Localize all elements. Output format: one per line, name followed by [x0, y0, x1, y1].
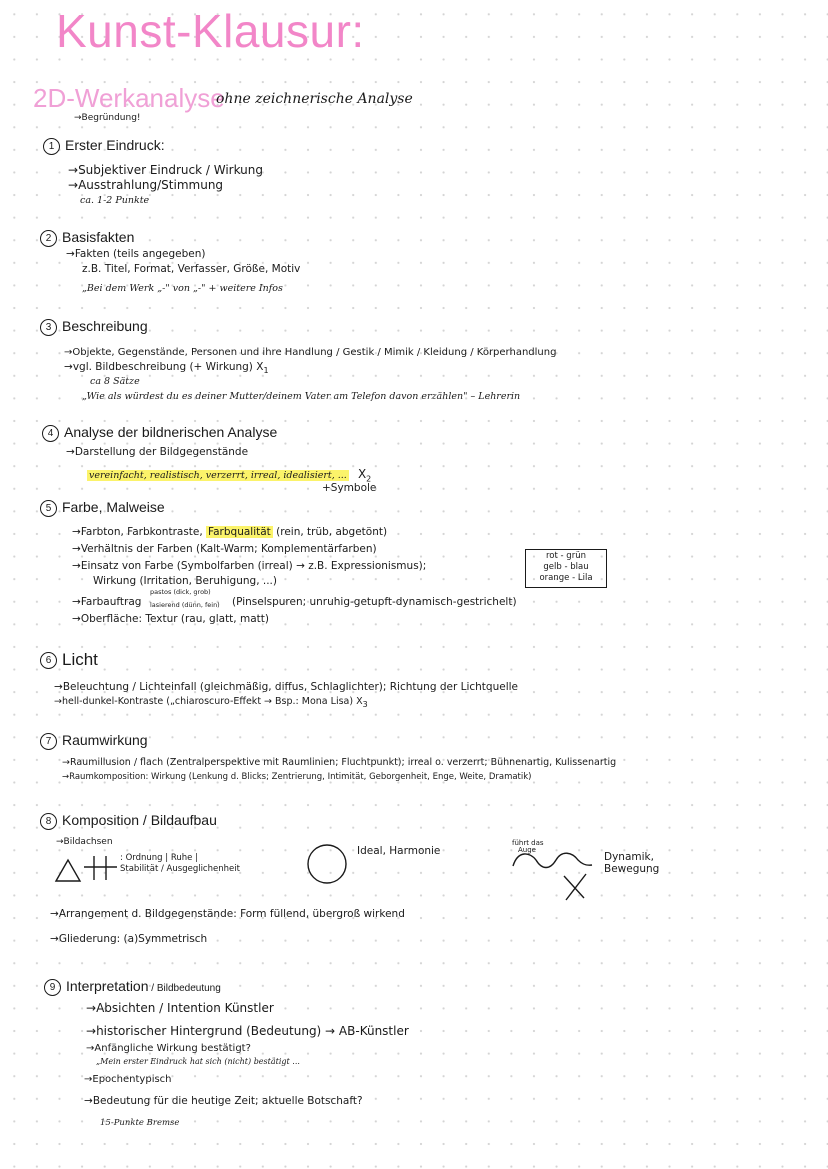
list-item: Epochentypisch [84, 1074, 172, 1085]
list-item: Raumkomposition: Wirkung (Lenkung d. Bli… [62, 772, 532, 782]
subtitle-note: ohne zeichnerische Analyse [216, 91, 413, 107]
marker: X2 [358, 467, 371, 481]
number-badge: 1 [43, 138, 60, 155]
list-item: Farbton, Farbkontraste, Farbqualität (re… [72, 526, 387, 538]
circle-desc: Ideal, Harmonie [357, 845, 440, 857]
wave-x-icon [510, 848, 600, 903]
list-item: Ausstrahlung/Stimmung [68, 178, 223, 192]
list-item: Raumillusion / flach (Zentralperspektive… [62, 757, 616, 768]
note: ca. 1-2 Punkte [80, 195, 149, 206]
page-title: Kunst-Klausur: [56, 4, 365, 58]
highlighted-text: vereinfacht, realistisch, verzerrt, irre… [87, 470, 349, 481]
branch-b: lasierend (dünn, fein) [150, 601, 220, 609]
circle-icon [305, 842, 349, 886]
list-item: Bildachsen [56, 837, 113, 847]
section-5-heading: 5Farbe, Malweise [40, 499, 165, 517]
subtitle-sub: Begründung! [74, 113, 141, 123]
list-item: Oberfläche: Textur (rau, glatt, matt) [72, 613, 269, 625]
section-9-heading: 9Interpretation / Bildbedeutung [44, 978, 221, 996]
section-7-heading: 7Raumwirkung [40, 732, 148, 750]
note: 15-Punkte Bremse [100, 1118, 179, 1128]
section-6-heading: 6Licht [40, 650, 98, 670]
section-4-heading: 4Analyse der bildnerischen Analyse [42, 424, 277, 442]
list-item: Anfängliche Wirkung bestätigt? [86, 1043, 251, 1054]
list-item: Einsatz von Farbe (Symbolfarben (irreal)… [72, 560, 426, 572]
number-badge: 2 [40, 230, 57, 247]
highlight-line: vereinfacht, realistisch, verzerrt, irre… [87, 463, 371, 483]
branch-a: pastos (dick, grob) [150, 588, 211, 596]
number-badge: 7 [40, 733, 57, 750]
complementary-colors-box: rot - grün gelb - blau orange - Lila [525, 549, 607, 588]
number-badge: 3 [40, 319, 57, 336]
list-item-post: (Pinselspuren; unruhig-getupft-dynamisch… [232, 596, 517, 608]
list-item: Subjektiver Eindruck / Wirkung [68, 163, 263, 177]
triangle-cross-icon [52, 850, 122, 885]
subtitle: 2D-Werkanalyse [33, 83, 225, 114]
dynamic-desc: Dynamik, Bewegung [604, 851, 659, 875]
list-item: historischer Hintergrund (Bedeutung) → A… [86, 1024, 409, 1038]
number-badge: 5 [40, 500, 57, 517]
section-2-heading: 2Basisfakten [40, 229, 134, 247]
list-item: Beleuchtung / Lichteinfall (gleichmäßig,… [54, 681, 518, 693]
number-badge: 4 [42, 425, 59, 442]
list-item: Arrangement d. Bildgegenstände: Form fül… [50, 908, 405, 920]
list-item: hell-dunkel-Kontraste („chiaroscuro-Effe… [54, 696, 368, 709]
list-item: Objekte, Gegenstände, Personen und ihre … [64, 347, 556, 358]
list-item: Verhältnis der Farben (Kalt-Warm; Komple… [72, 543, 377, 555]
list-item: Farbauftrag [72, 596, 141, 608]
list-item: Bedeutung für die heutige Zeit; aktuelle… [84, 1095, 363, 1107]
list-item: Fakten (teils angegeben) [66, 248, 206, 260]
section-8-heading: 8Komposition / Bildaufbau [40, 812, 217, 830]
list-item: vgl. Bildbeschreibung (+ Wirkung) X1 [64, 361, 269, 375]
list-item: Darstellung der Bildgegenstände [66, 446, 248, 458]
number-badge: 8 [40, 813, 57, 830]
example-text: z.B. Titel, Format, Verfasser, Größe, Mo… [82, 263, 300, 275]
axes-desc-2: Stabilität / Ausgeglichenheit [120, 864, 240, 874]
list-item: Gliederung: (a)Symmetrisch [50, 933, 207, 945]
number-badge: 6 [40, 652, 57, 669]
note: ca 8 Sätze [90, 376, 140, 387]
quote-text: „Wie als würdest du es deiner Mutter/dei… [82, 391, 520, 402]
quote-text: „Mein erster Eindruck hat sich (nicht) b… [96, 1057, 300, 1066]
extra-text: +Symbole [322, 482, 376, 494]
number-badge: 9 [44, 979, 61, 996]
axes-desc-1: : Ordnung | Ruhe | [120, 853, 198, 863]
quote-text: „Bei dem Werk „-" von „-" + weitere Info… [82, 283, 283, 294]
list-item: Absichten / Intention Künstler [86, 1001, 274, 1015]
section-3-heading: 3Beschreibung [40, 318, 148, 336]
list-item-cont: Wirkung (Irritation, Beruhigung, ...) [93, 575, 277, 587]
section-1-heading: 1Erster Eindruck: [43, 137, 165, 155]
